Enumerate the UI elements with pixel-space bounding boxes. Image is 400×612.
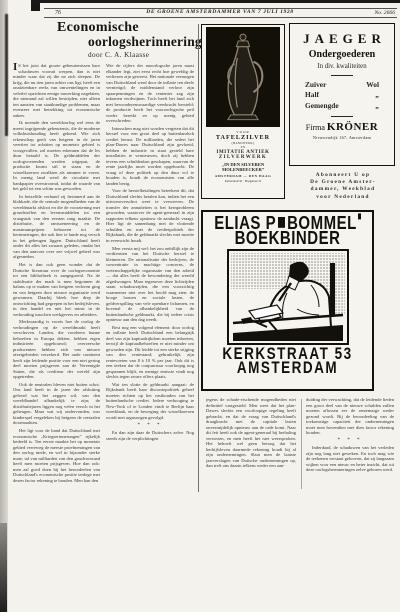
firm-name: Firma KRÖNER xyxy=(290,121,394,133)
article-column-3: jegens de schade-eischende mogendheden n… xyxy=(206,397,296,493)
ad-text: EN xyxy=(202,145,284,149)
bookbinder-city: AMSTERDAM xyxy=(203,360,372,377)
list-item: Gemengde„ xyxy=(305,101,379,112)
silverware-photo xyxy=(206,27,280,127)
article-column-1: IS het juist dat groote gebeurtenissen h… xyxy=(13,63,100,495)
paragraph: Inderdaad, de schaduwen van het verleden… xyxy=(306,445,394,473)
subscribe-line: De Groene Amster- xyxy=(291,179,395,186)
shop-name-line2: MOLENBEECKER” xyxy=(202,167,284,172)
bookbinder-trade: BOEKBINDER xyxy=(203,230,372,248)
subscribe-line: dammer, Weekblad xyxy=(291,186,395,193)
divider-rule xyxy=(331,116,353,117)
subscribe-line: voor Nederland xyxy=(291,194,395,201)
column-separator-rule xyxy=(198,24,199,492)
top-rule-thick xyxy=(33,0,400,3)
monogram-ornament-icon xyxy=(278,217,285,228)
divider-rule xyxy=(331,75,353,76)
paragraph: Rest nog een volgend element: door oorlo… xyxy=(106,325,194,380)
jaeger-product: Ondergoederen xyxy=(290,49,394,60)
paragraph: duiding der verwachting, dat de leidende… xyxy=(306,397,394,436)
list-item: Half„ xyxy=(305,90,379,101)
subscribe-line: Abonneert U op xyxy=(291,172,395,179)
header-rule-bottom xyxy=(44,17,397,18)
masthead: DE GROENE AMSTERDAMMER VAN 7 JULI 1928 xyxy=(100,9,340,15)
paragraph: IS het juist dat groote gebeurtenissen h… xyxy=(13,63,100,118)
ad-text: ZILVERWERK xyxy=(202,155,284,160)
scan-dark-blob xyxy=(0,523,7,612)
paragraph: Merkwaardig is voorts hoe de oorlog de v… xyxy=(13,319,100,380)
newspaper-page: 76 DE GROENE AMSTERDAMMER VAN 7 JULI 192… xyxy=(0,0,400,612)
paragraph: Het is dan ook geen wonder dat de Duitsc… xyxy=(13,262,100,317)
paragraph: Men versta mij wel: het zou onbillijk zi… xyxy=(106,246,194,323)
paragraph: Het ligt voor de hand dat Duitschland me… xyxy=(13,428,100,483)
ad-text: VOOR xyxy=(202,130,284,134)
paragraph: Wat ten slotte de geldmarkt aangaat: de … xyxy=(106,382,194,421)
list-item: ZuiverWol xyxy=(305,80,379,91)
jaeger-brand: JAEGER xyxy=(290,31,394,47)
article-column-2: Wie de cijfers der naoorlogsche jaren na… xyxy=(106,63,194,495)
ad-cities: AMSTERDAM — DEN HAAG xyxy=(202,174,284,178)
paragraph: Ook de neutralen bleven niet buiten scho… xyxy=(13,382,100,426)
silverware-ad: VOOR TAFELZILVER (HANDWERK) EN IMITATIE … xyxy=(201,24,285,199)
logo-flag-mark xyxy=(358,213,361,219)
jaeger-ad: JAEGER Ondergoederen In div. kwaliteiten… xyxy=(289,23,395,166)
ad-headline: TAFELZILVER xyxy=(202,134,284,141)
article-byline: door C. A. Klaasse xyxy=(88,51,216,59)
article-title-line2: oorlogsherinneringen xyxy=(88,35,216,49)
bookbinder-illustration xyxy=(227,249,349,345)
article-column-4: duiding der verwachting, dat de leidende… xyxy=(306,397,394,493)
page-number: 76 xyxy=(55,10,61,16)
bottom-column-separator xyxy=(301,399,302,489)
paragraph: jegens de schade-eischende mogendheden n… xyxy=(206,397,296,469)
ad-streets: Kalverstraat 91 · Hoogstraat 31 xyxy=(202,179,284,183)
scan-edge-line xyxy=(5,14,8,136)
paragraph: Intusschen mag niet worden vergeten dat … xyxy=(106,126,194,187)
bookbinder-ad: ELIAS PBOMMEL BOEKBINDER xyxy=(201,210,374,391)
paragraph: Voor de herstelbetalingen beteekent dit,… xyxy=(106,188,194,243)
jaeger-subline: In div. kwaliteiten xyxy=(290,63,394,70)
firm-address: Nieuwendijk 167, Amsterdam xyxy=(290,135,394,140)
jaeger-quality-list: ZuiverWol Half„ Gemengde„ xyxy=(305,80,379,112)
paragraph: In hetzelfde verband zij herinnerd aan d… xyxy=(13,194,100,260)
coffee-pot-image xyxy=(206,27,280,127)
subscription-notice: Abonneert U op De Groene Amster- dammer,… xyxy=(291,172,395,201)
article-title-block: Economische oorlogsherinneringen door C.… xyxy=(57,21,216,59)
paragraph: Ik noemde den wereldoorlog wel eens de m… xyxy=(13,120,100,192)
paragraph: En dan zijn daar de Duitschers zelve. No… xyxy=(106,430,194,441)
article-title-line1: Economische xyxy=(57,21,216,35)
section-divider: * * * xyxy=(306,438,394,444)
paragraph: Wie de cijfers der naoorlogsche jaren na… xyxy=(106,63,194,124)
issue-number: No. 2666 xyxy=(348,10,395,16)
section-divider: * * * xyxy=(106,423,194,429)
